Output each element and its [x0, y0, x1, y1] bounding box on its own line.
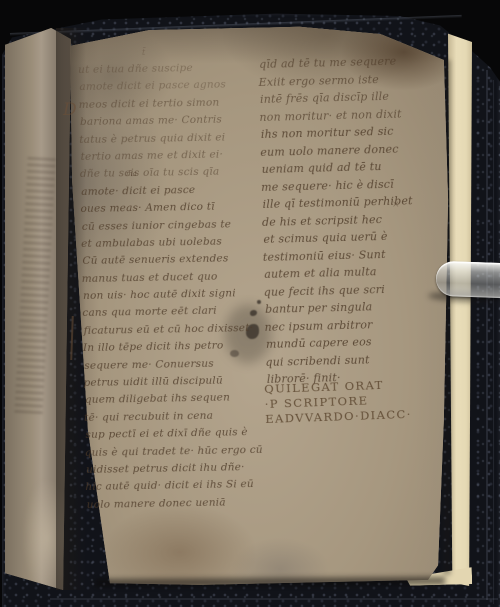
text-column-right: qīd ad tē tu me sequereExiit ergo sermo …	[258, 54, 426, 390]
scribal-colophon: QUILEGAT ORAT·P SCRIPTOREEADVVARDO·DIACC…	[264, 377, 412, 427]
marginal-scribble: t̃	[142, 48, 145, 57]
binding-frame-line	[486, 70, 488, 600]
interlinear-gloss: m̃a	[126, 170, 137, 178]
manuscript-photo: ut ei tua dñe suscipeamote dicit ei pasc…	[0, 0, 500, 607]
manuscript-line: uolo manere donec ueniā	[87, 495, 273, 516]
page-holder-tab	[435, 261, 500, 298]
facing-page-text-blur	[14, 157, 56, 418]
binding-frame-line	[50, 598, 498, 600]
marginal-initial: D	[63, 100, 77, 120]
text-column-left: ut ei tua dñe suscipeamote dicit ei pasc…	[78, 61, 272, 516]
marginal-mark: ×	[392, 200, 400, 210]
binding-frame-line	[493, 80, 494, 604]
